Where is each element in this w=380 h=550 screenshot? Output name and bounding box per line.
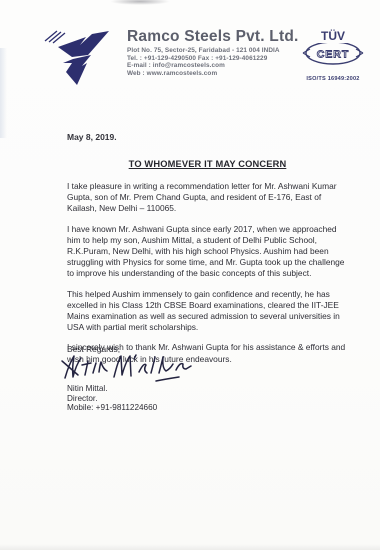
tuv-cert-seal: TÜV CERT ISO/TS 16949:2002 <box>300 28 366 82</box>
signatory-mobile: Mobile: +91-9811224660 <box>67 403 157 413</box>
iso-certification-label: ISO/TS 16949:2002 <box>300 76 366 82</box>
signatory-title: Director. <box>67 394 157 404</box>
scan-smudge <box>110 0 170 5</box>
letter-title: TO WHOMEVER IT MAY CONCERN <box>67 159 348 169</box>
paragraph-background: I have known Mr. Ashwani Gupta since ear… <box>67 224 350 280</box>
signatory-name: Nitin Mittal. <box>67 384 157 394</box>
signatory-block: Nitin Mittal. Director. Mobile: +91-9811… <box>67 384 157 413</box>
scanned-letter-page: Ramco Steels Pvt. Ltd. Plot No. 75, Sect… <box>0 0 380 550</box>
letter-date: May 8, 2019. <box>67 132 117 142</box>
scan-edge-shade-bottom <box>0 544 380 550</box>
paragraph-introduction: I take pleasure in writing a recommendat… <box>67 181 350 215</box>
company-phone-line: Tel. : +91-129-4290500 Fax : +91-129-406… <box>127 55 305 63</box>
company-web-line: Web : www.ramcosteels.com <box>127 70 305 78</box>
svg-text:CERT: CERT <box>317 49 350 61</box>
company-name: Ramco Steels Pvt. Ltd. <box>127 28 305 45</box>
company-address-line: Plot No. 75, Sector-25, Faridabad - 121 … <box>127 47 305 55</box>
tuv-cert-icon: TÜV CERT <box>301 28 365 70</box>
company-email-line: E-mail : info@ramcosteels.com <box>127 62 305 70</box>
letterhead: Ramco Steels Pvt. Ltd. Plot No. 75, Sect… <box>0 24 380 104</box>
ramco-steels-logo-icon <box>42 28 118 97</box>
company-address: Plot No. 75, Sector-25, Faridabad - 121 … <box>127 47 305 78</box>
paragraph-achievements: This helped Aushim immensely to gain con… <box>67 289 350 334</box>
company-info-block: Ramco Steels Pvt. Ltd. Plot No. 75, Sect… <box>127 28 305 78</box>
svg-text:TÜV: TÜV <box>321 28 345 43</box>
